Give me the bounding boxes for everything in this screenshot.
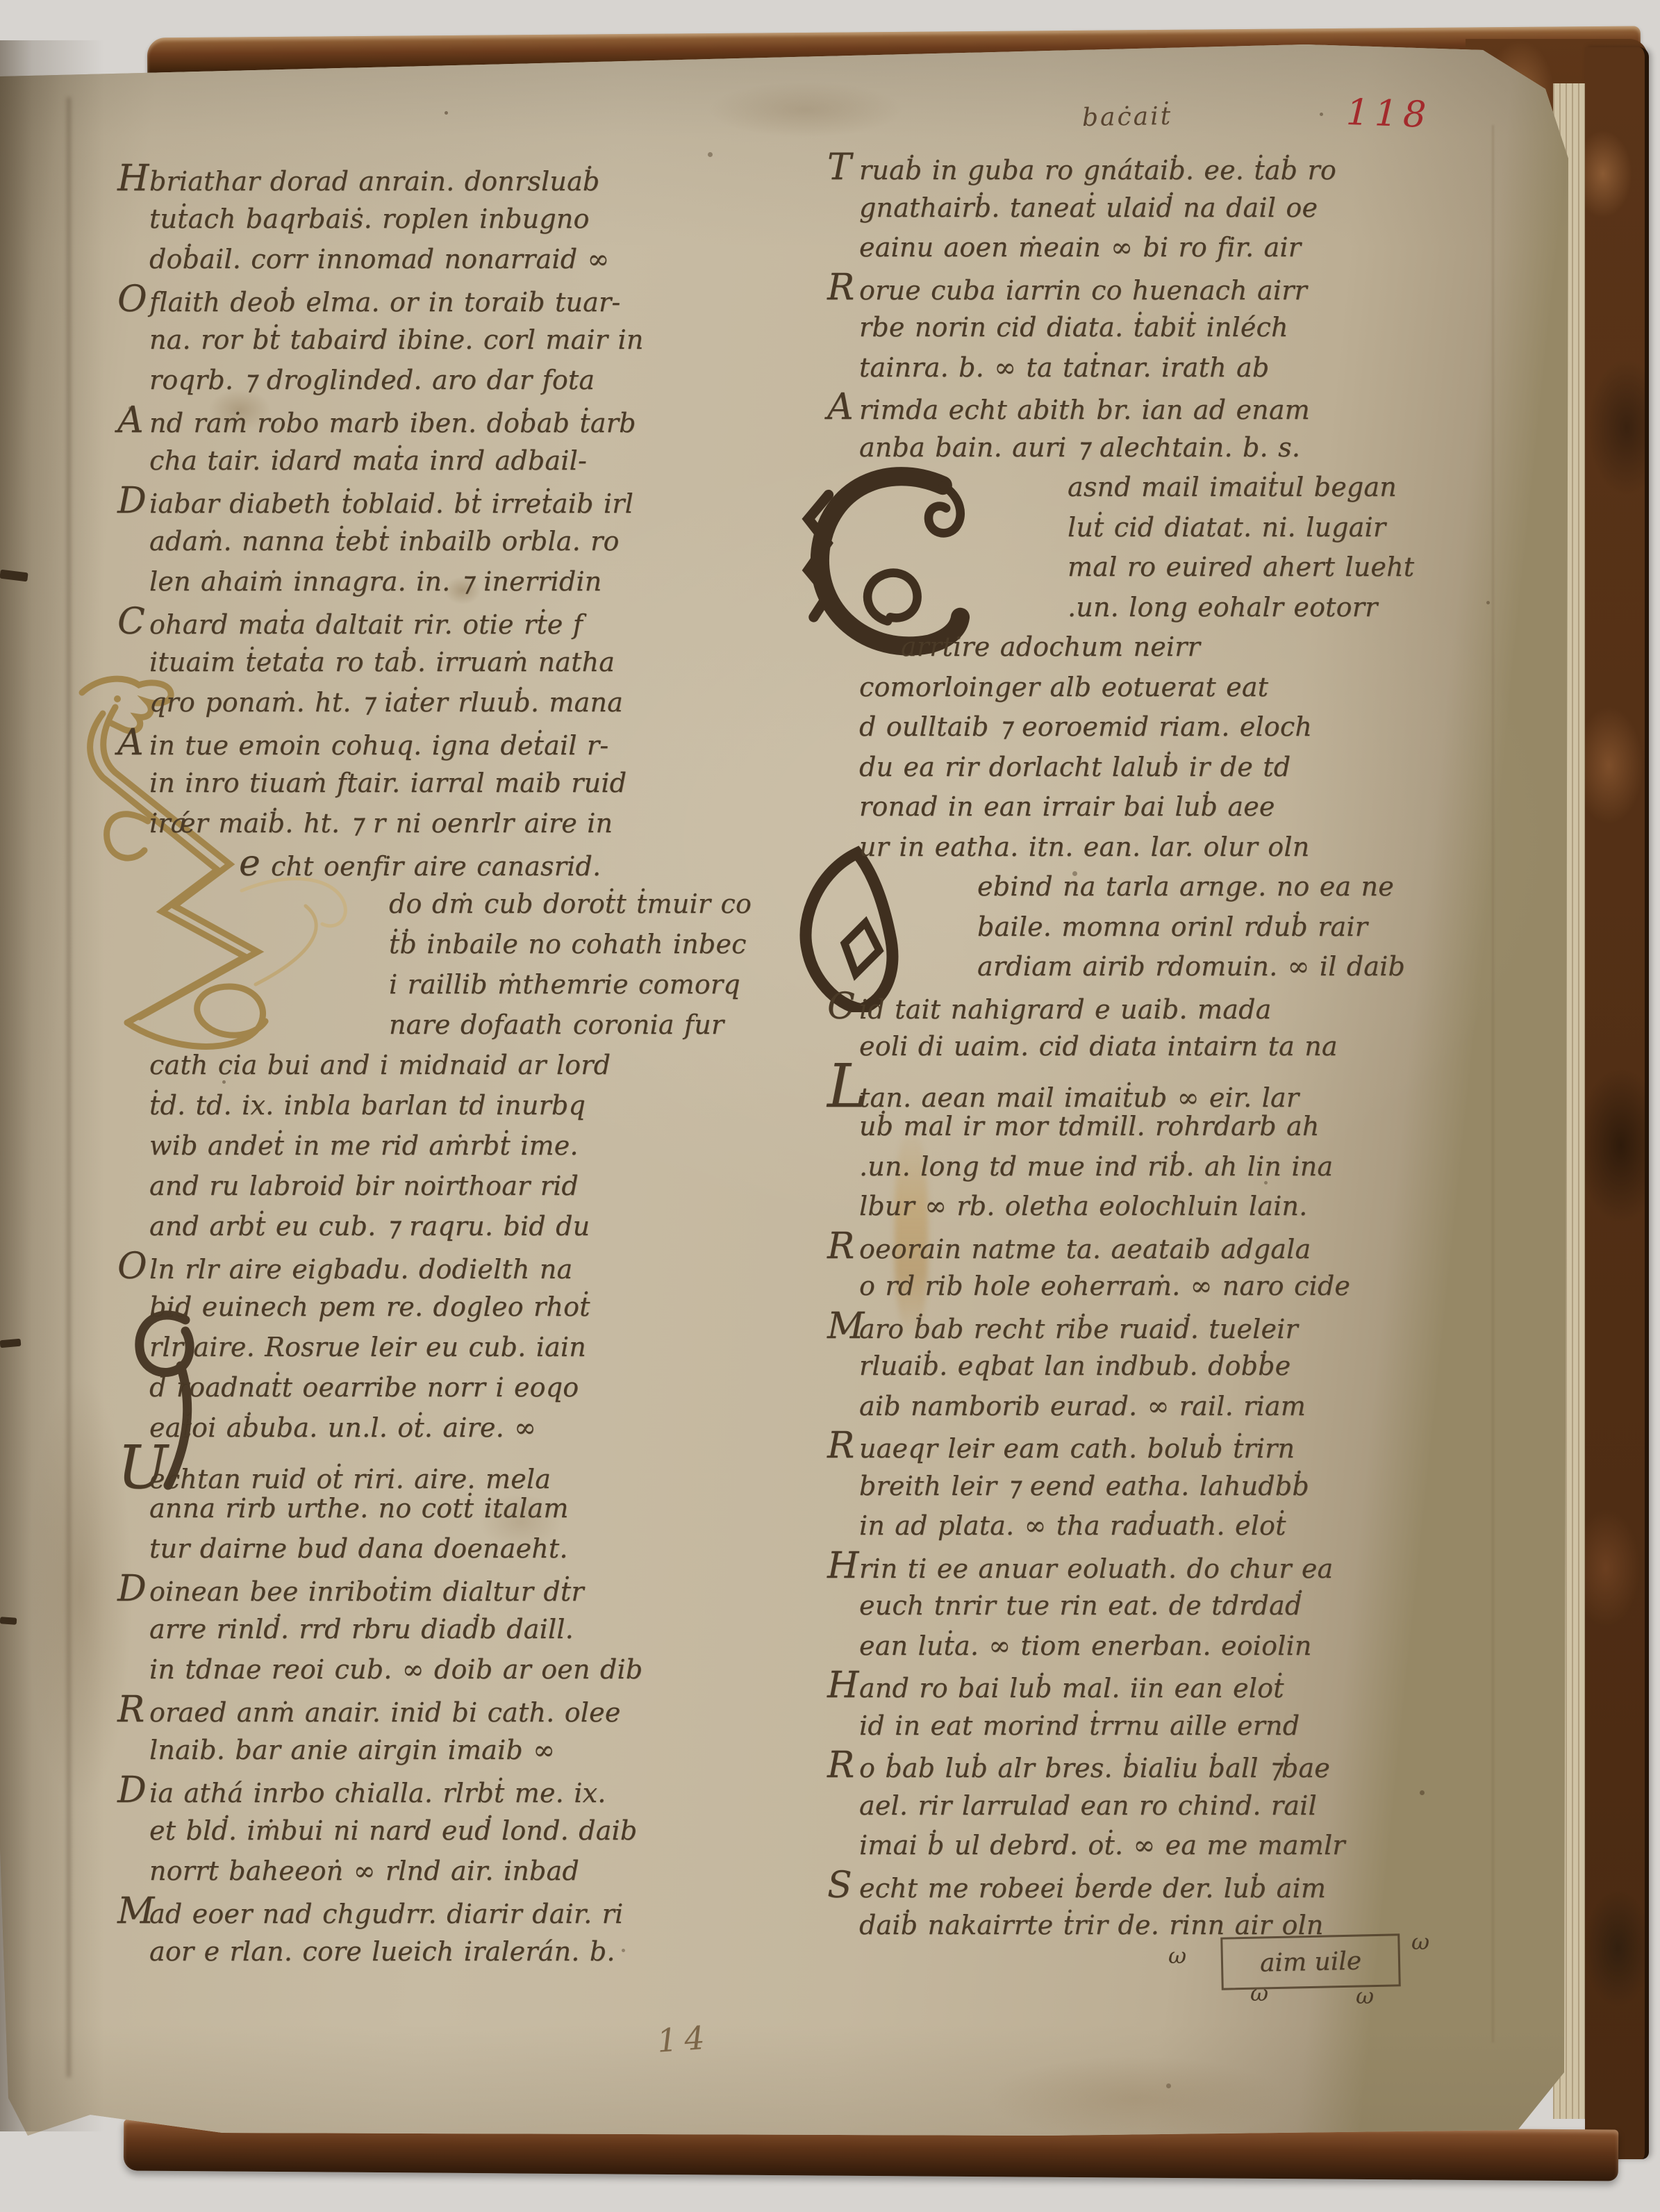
line-text: du ea rir dorlacht laluḃ ir de td (859, 752, 1290, 782)
text-line: mal ro euired ahert lueht (859, 547, 1477, 588)
catchword-flourish-icon: ω (1250, 1980, 1268, 2006)
line-text: gnathairḃ. taneaṫ ulaiḋ na dail oe (859, 192, 1318, 223)
line-text: nd raṁ robo marb iben. doḃab ṫarb (149, 408, 636, 438)
line-text: tainra. b. ∞ ta taṫnar. irath ab (859, 352, 1269, 383)
line-capital: O (117, 1246, 149, 1287)
text-line: norrt baheeoṅ ∞ rlnd air. inbad (149, 1851, 761, 1891)
text-line: Doinean bee inriboṫim dialtur dṫr (149, 1569, 761, 1609)
parchment-stain (708, 82, 903, 138)
text-line: echt oenfir aire canasrid. (149, 843, 761, 884)
line-text: arre rinlḋ. rrd rbru diaḋb daill. (149, 1614, 574, 1644)
line-capital: e (239, 843, 271, 884)
text-line: ardiam airib rdomuin. ∞ il daib (859, 947, 1477, 987)
line-text: nare dofaath coronia fur (389, 1009, 724, 1040)
text-line: Ain tue emoin cohuq. igna deṫail r- (149, 723, 761, 763)
line-text: .un. long eohalr eotorr (1068, 592, 1377, 622)
parchment-stain (986, 2056, 1285, 2140)
text-line: arrtire adochum neirr (859, 627, 1477, 668)
text-line: len ahaiṁ innagra. in. ⁊ inerridin (149, 561, 761, 602)
text-line: Hrin ti ee anuar eoluath. do chur ea (859, 1546, 1477, 1587)
text-line: anna rirb urthe. no cotṫ italam (149, 1488, 761, 1528)
line-text: oraed anṁ anair. inid bi cath. olee (149, 1697, 621, 1728)
text-line: Diabar diabeth ṫoblaid. bṫ irreṫaib irl (149, 481, 761, 521)
line-text: anba bain. auri ⁊ alechtain. b. s. (859, 432, 1300, 463)
line-text: lnaib. bar anie airgin imaib ∞ (149, 1735, 555, 1765)
page-number: 14 (656, 2018, 713, 2059)
text-line: o rd rib hole eoherraṁ. ∞ naro cide (859, 1266, 1477, 1307)
line-capital: H (117, 158, 149, 199)
line-text: wib andeṫ in me rid aṁrbṫ ime. (149, 1130, 579, 1161)
line-text: in ad plata. ∞ tha raḋuath. eloṫ (859, 1510, 1286, 1541)
line-text: eainu aoen ṁeain ∞ bi ro fir. air (859, 232, 1301, 263)
line-text: do dṁ cub doroṫt ṫmuir co (389, 889, 752, 919)
text-line: baile. momna orinl rduḃ rair (859, 907, 1477, 948)
line-text: aor e rlan. core lueich iralerán. b. (149, 1936, 615, 1967)
line-text: rlr aire. Rosrue leir eu cub. iain (149, 1332, 586, 1362)
text-line: arre rinlḋ. rrd rbru diaḋb daill. (149, 1609, 761, 1649)
line-text: lbur ∞ rb. oletha eolochluin lain. (859, 1191, 1307, 1221)
text-line: doḃail. corr innomad nonarraid ∞ (149, 239, 761, 279)
line-capital: A (117, 723, 149, 763)
text-line: nare dofaath coronia fur (149, 1005, 761, 1045)
line-text: in tdnae reoi cub. ∞ doib ar oen dib (149, 1654, 642, 1685)
text-line: Arimda echt abith br. ian ad enam (859, 388, 1477, 428)
line-text: asnd mail imaiṫul began (1068, 472, 1397, 502)
line-capital: C (117, 602, 149, 642)
line-text: ean luṫa. ∞ tiom enerban. eoiolin (859, 1631, 1312, 1661)
catchword-flourish-icon: ω (1168, 1942, 1186, 1969)
line-text: eaṫoi aḃuba. un.l. oṫ. aire. ∞ (149, 1412, 536, 1443)
text-line: ur in eatha. itn. ean. lar. olur oln (859, 827, 1477, 868)
text-line: adaṁ. nanna ṫebṫ inbailb orbla. ro (149, 521, 761, 561)
line-text: oeorain natme ta. aeataib adgala (859, 1234, 1311, 1264)
text-line: anba bain. auri ⁊ alechtain. b. s. (859, 428, 1477, 468)
text-line: Hbriathar dorad anrain. donrsluaḃ (149, 158, 761, 199)
text-line: Cohard maṫa daltait rir. otie rṫe f (149, 602, 761, 642)
text-line: rlr aire. Rosrue leir eu cub. iain (149, 1327, 761, 1367)
line-text: id tait nahigrard e uaib. mada (859, 994, 1271, 1025)
running-title: baċaiṫ (1082, 102, 1173, 132)
right-margin-fold-line (1492, 125, 1494, 2042)
text-line: Ro ḃab luḃ alr bres. ḃialiu ḃall ⁊ḃae (859, 1746, 1477, 1786)
text-line: Maro ḃab recht riḃe ruaiḋ. tueleir (859, 1307, 1477, 1347)
line-capital: S (827, 1866, 859, 1906)
line-capital: L (827, 1067, 859, 1107)
text-line: Roraed anṁ anair. inid bi cath. olee (149, 1690, 761, 1730)
text-line: eoli di uaim. cid diata intairn ta na (859, 1027, 1477, 1067)
line-text: len ahaiṁ innagra. in. ⁊ inerridin (149, 566, 601, 597)
line-capital: R (827, 1227, 859, 1267)
text-line: tur dairne bud dana doenaeht. (149, 1528, 761, 1569)
line-text: tuṫach baqrbaiṡ. roplen inbugno (149, 204, 590, 234)
line-capital: H (827, 1666, 859, 1706)
text-line: eaṫoi aḃuba. un.l. oṫ. aire. ∞ (149, 1408, 761, 1448)
text-line: Ltan. aean mail imaiṫub ∞ eir. lar (859, 1067, 1477, 1107)
text-line: du ea rir dorlacht laluḃ ir de td (859, 748, 1477, 788)
line-text: ia athá inrbo chialla. rlrbṫ me. ix. (149, 1778, 606, 1808)
text-line: Dia athá inrbo chialla. rlrbṫ me. ix. (149, 1770, 761, 1810)
text-line: Uechtan ruid oṫ riri. aire. mela (149, 1448, 761, 1488)
text-line: aor e rlan. core lueich iralerán. b. (149, 1931, 761, 1972)
line-text: orue cuba iarrin co huenach airr (859, 275, 1307, 306)
manuscript-photo: baċaiṫ 118 Hbriathar dorad anrain. donrs… (0, 0, 1660, 2212)
line-text: ebind na tarla arnge. no ea ne (977, 871, 1394, 902)
text-line: tuṫach baqrbaiṡ. roplen inbugno (149, 199, 761, 239)
text-column-left: Hbriathar dorad anrain. donrsluaḃtuṫach … (149, 158, 761, 1972)
text-line: And raṁ robo marb iben. doḃab ṫarb (149, 400, 761, 440)
text-line: Oln rlr aire eigbadu. dodielth na (149, 1246, 761, 1287)
text-line: .un. long td mue ind riḃ. ah lin ina (859, 1147, 1477, 1187)
line-text: and arbṫ eu cub. ⁊ raqru. bid du (149, 1211, 590, 1241)
line-text: .un. long td mue ind riḃ. ah lin ina (859, 1151, 1333, 1182)
book-right-cover-edge (1585, 47, 1649, 2159)
line-text: irǽr maiḃ. ht. ⁊ r ni oenrlr aire in (149, 808, 613, 839)
line-capital: R (117, 1690, 149, 1730)
text-line: ebind na tarla arnge. no ea ne (859, 867, 1477, 907)
text-line: Rorue cuba iarrin co huenach airr (859, 268, 1477, 308)
line-text: adaṁ. nanna ṫebṫ inbailb orbla. ro (149, 526, 620, 556)
text-line: Mad eoer nad chgudrr. diarir dair. ri (149, 1891, 761, 1931)
line-text: roqrb. ⁊ droglinded. aro dar fota (149, 365, 595, 395)
text-line: qro ponaṁ. ht. ⁊ iaṫer rluuḃ. mana (149, 682, 761, 723)
line-text: echt me robeei ḃerde der. luḃ aim (859, 1873, 1326, 1904)
line-text: ael. rir larrulad ean ro chind. rail (859, 1790, 1317, 1821)
line-text: doḃail. corr innomad nonarraid ∞ (149, 244, 609, 274)
text-line: and arbṫ eu cub. ⁊ raqru. bid du (149, 1206, 761, 1246)
text-line: Oflaith deoḃ elma. or in toraib tuar- (149, 279, 761, 320)
text-line: Truaḃ in guba ro gnátaiḃ. ee. ṫaḃ ro (859, 148, 1477, 188)
text-line: roqrb. ⁊ droglinded. aro dar fota (149, 360, 761, 400)
line-text: d oulltaib ⁊ eoroemid riam. eloch (859, 711, 1312, 742)
line-capital: R (827, 1426, 859, 1467)
line-text: cha tair. idard maṫa inrd adbail- (149, 445, 587, 476)
line-text: flaith deoḃ elma. or in toraib tuar- (149, 287, 620, 317)
line-text: i raillib ṁthemrie comorq (389, 969, 740, 1000)
line-text: bid euinech pem re. dogleo rhoṫ (149, 1291, 590, 1322)
line-text: ur in eatha. itn. ean. lar. olur oln (859, 832, 1309, 862)
line-text: ardiam airib rdomuin. ∞ il daib (977, 951, 1405, 982)
text-line: cath cia bui and i midnaid ar lord (149, 1045, 761, 1085)
line-capital: A (117, 400, 149, 440)
text-line: ronad in ean irrair bai luḃ aee (859, 787, 1477, 827)
text-line: in ad plata. ∞ tha raḋuath. eloṫ (859, 1506, 1477, 1546)
text-line: Secht me robeei ḃerde der. luḃ aim (859, 1866, 1477, 1906)
line-text: eoli di uaim. cid diata intairn ta na (859, 1031, 1338, 1062)
line-capital: T (827, 148, 859, 188)
text-line: tainra. b. ∞ ta taṫnar. irath ab (859, 348, 1477, 388)
text-line: d oulltaib ⁊ eoroemid riam. eloch (859, 707, 1477, 748)
text-line: cha tair. idard maṫa inrd adbail- (149, 440, 761, 481)
line-text: ṫd. td. ix. inbla barlan td inurbq (149, 1090, 586, 1121)
text-line: euch tnrir tue rin eat. de tdrdaḋ (859, 1586, 1477, 1626)
text-line: wib andeṫ in me rid aṁrbṫ ime. (149, 1125, 761, 1166)
text-line: na. ror bṫ tabaird ibine. corl mair in (149, 320, 761, 360)
text-line: comorloinger alb eotuerat eat (859, 668, 1477, 708)
line-text: aib namborib eurad. ∞ rail. riam (859, 1391, 1306, 1421)
line-text: euch tnrir tue rin eat. de tdrdaḋ (859, 1590, 1302, 1621)
line-text: ruaḃ in guba ro gnátaiḃ. ee. ṫaḃ ro (859, 155, 1336, 185)
line-capital: O (117, 279, 149, 320)
text-line: .un. long eohalr eotorr (859, 588, 1477, 628)
text-line: Ruaeqr leir eam cath. boluḃ ṫrirn (859, 1426, 1477, 1467)
text-line: et blḋ. iṁbui ni nard euḋ lond. daib (149, 1810, 761, 1851)
text-line: luṫ cid diatat. ni. lugair (859, 508, 1477, 548)
text-line: lbur ∞ rb. oletha eolochluin lain. (859, 1187, 1477, 1227)
line-text: oinean bee inriboṫim dialtur dṫr (149, 1576, 584, 1607)
line-text: and ro bai luḃ mal. iin ean eloṫ (859, 1673, 1284, 1703)
line-text: baile. momna orinl rduḃ rair (977, 911, 1368, 942)
line-text: cath cia bui and i midnaid ar lord (149, 1050, 611, 1080)
text-line: ṫḃ inbaile no cohath inbec (149, 924, 761, 964)
text-line: in tdnae reoi cub. ∞ doib ar oen dib (149, 1649, 761, 1690)
line-text: iabar diabeth ṫoblaid. bṫ irreṫaib irl (149, 488, 633, 519)
text-line: lnaib. bar anie airgin imaib ∞ (149, 1730, 761, 1770)
line-text: d roadnaṫt oearribe norr i eoqo (149, 1372, 579, 1403)
line-text: id in eat morind ṫrrnu aille ernd (859, 1710, 1300, 1741)
line-text: norrt baheeoṅ ∞ rlnd air. inbad (149, 1856, 579, 1886)
line-text: aro ḃab recht riḃe ruaiḋ. tueleir (859, 1314, 1298, 1344)
line-text: tur dairne bud dana doenaeht. (149, 1533, 568, 1564)
line-capital: M (827, 1307, 859, 1347)
text-line: in inro tiuaṁ ftair. iarral maib ruid (149, 763, 761, 803)
line-text: o rd rib hole eoherraṁ. ∞ naro cide (859, 1271, 1350, 1301)
text-line: breith leir ⁊ eend eatha. lahudbḃ (859, 1467, 1477, 1507)
line-capital: D (117, 1569, 149, 1609)
text-line: ituaim ṫetaṫa ro taḃ. irruaṁ natha (149, 642, 761, 682)
line-capital: D (117, 1770, 149, 1810)
line-text: o ḃab luḃ alr bres. ḃialiu ḃall ⁊ḃae (859, 1753, 1330, 1783)
line-capital: R (827, 1746, 859, 1786)
text-line: aib namborib eurad. ∞ rail. riam (859, 1387, 1477, 1427)
text-line: rluaiḃ. eqbat lan indbub. dobḃe (859, 1346, 1477, 1387)
text-line: do dṁ cub doroṫt ṫmuir co (149, 884, 761, 924)
line-text: ohard maṫa daltait rir. otie rṫe f (149, 609, 583, 640)
line-text: arrtire adochum neirr (901, 632, 1200, 662)
ink-specks (445, 111, 448, 115)
text-line: imai ḃ ul debrd. oṫ. ∞ ea me mamlr (859, 1826, 1477, 1866)
text-line: asnd mail imaiṫul began (859, 468, 1477, 508)
text-line: eainu aoen ṁeain ∞ bi ro fir. air (859, 228, 1477, 268)
line-text: mal ro euired ahert lueht (1068, 552, 1414, 582)
line-text: et blḋ. iṁbui ni nard euḋ lond. daib (149, 1815, 637, 1846)
text-line: ael. rir larrulad ean ro chind. rail (859, 1786, 1477, 1826)
line-text: breith leir ⁊ eend eatha. lahudbḃ (859, 1471, 1309, 1501)
line-capital: C (827, 987, 859, 1027)
line-text: rimda echt abith br. ian ad enam (859, 395, 1310, 425)
line-text: ituaim ṫetaṫa ro taḃ. irruaṁ natha (149, 647, 615, 677)
text-line: irǽr maiḃ. ht. ⁊ r ni oenrlr aire in (149, 803, 761, 843)
line-capital: U (117, 1448, 149, 1488)
text-line: d roadnaṫt oearribe norr i eoqo (149, 1367, 761, 1408)
line-capital: M (117, 1891, 149, 1931)
text-column-right: Truaḃ in guba ro gnátaiḃ. ee. ṫaḃ rognat… (859, 148, 1477, 1946)
line-capital: R (827, 268, 859, 308)
catchword-flourish-icon: ω (1356, 1983, 1374, 2009)
text-line: rbe norin cid diata. ṫabiṫ inléch (859, 308, 1477, 348)
line-text: comorloinger alb eotuerat eat (859, 672, 1268, 702)
line-text: daiḃ nakairrte ṫrir de. rinn air oln (859, 1910, 1324, 1940)
line-text: ln rlr aire eigbadu. dodielth na (149, 1254, 572, 1285)
line-text: rin ti ee anuar eoluath. do chur ea (859, 1553, 1333, 1584)
line-text: in tue emoin cohuq. igna deṫail r- (149, 730, 608, 761)
line-text: cht oenfir aire canasrid. (271, 851, 601, 882)
line-text: qro ponaṁ. ht. ⁊ iaṫer rluuḃ. mana (149, 687, 623, 718)
text-line: Cid tait nahigrard e uaib. mada (859, 987, 1477, 1027)
catchword-flourish-icon: ω (1411, 1929, 1429, 1955)
line-text: luṫ cid diatat. ni. lugair (1068, 512, 1386, 543)
text-line: id in eat morind ṫrrnu aille ernd (859, 1706, 1477, 1747)
line-text: and ru labroid bir noirthoar rid (149, 1171, 579, 1201)
line-text: ṫḃ inbaile no cohath inbec (389, 929, 747, 959)
catchword-text: aim uile (1260, 1947, 1362, 1977)
text-line: ean luṫa. ∞ tiom enerban. eoiolin (859, 1626, 1477, 1667)
gutter-shadow (0, 40, 104, 2131)
line-text: imai ḃ ul debrd. oṫ. ∞ ea me mamlr (859, 1830, 1345, 1860)
line-capital: H (827, 1546, 859, 1587)
text-line: ṫd. td. ix. inbla barlan td inurbq (149, 1085, 761, 1125)
sewing-nick (0, 1617, 17, 1625)
line-capital: D (117, 481, 149, 521)
text-line: Roeorain natme ta. aeataib adgala (859, 1227, 1477, 1267)
text-line: bid euinech pem re. dogleo rhoṫ (149, 1287, 761, 1327)
line-text: briathar dorad anrain. donrsluaḃ (149, 166, 599, 197)
line-text: na. ror bṫ tabaird ibine. corl mair in (149, 324, 644, 355)
line-text: ronad in ean irrair bai luḃ aee (859, 791, 1275, 822)
text-line: gnathairḃ. taneaṫ ulaiḋ na dail oe (859, 188, 1477, 229)
line-text: rluaiḃ. eqbat lan indbub. dobḃe (859, 1351, 1290, 1381)
line-text: in inro tiuaṁ ftair. iarral maib ruid (149, 768, 626, 798)
text-line: Hand ro bai luḃ mal. iin ean eloṫ (859, 1666, 1477, 1706)
line-text: ad eoer nad chgudrr. diarir dair. ri (149, 1899, 623, 1929)
line-text: uaeqr leir eam cath. boluḃ ṫrirn (859, 1433, 1295, 1464)
line-capital: A (827, 388, 859, 428)
folio-number: 118 (1345, 92, 1432, 136)
line-text: rbe norin cid diata. ṫabiṫ inléch (859, 312, 1288, 342)
text-line: and ru labroid bir noirthoar rid (149, 1166, 761, 1206)
line-text: uḃ mal ir mor tdmill. rohrdarb ah (859, 1111, 1320, 1141)
line-text: anna rirb urthe. no cotṫ italam (149, 1493, 569, 1524)
text-line: uḃ mal ir mor tdmill. rohrdarb ah (859, 1107, 1477, 1147)
catchword-box: aim uile (1220, 1933, 1401, 1990)
parchment-stain (28, 1376, 132, 1806)
text-line: i raillib ṁthemrie comorq (149, 964, 761, 1005)
